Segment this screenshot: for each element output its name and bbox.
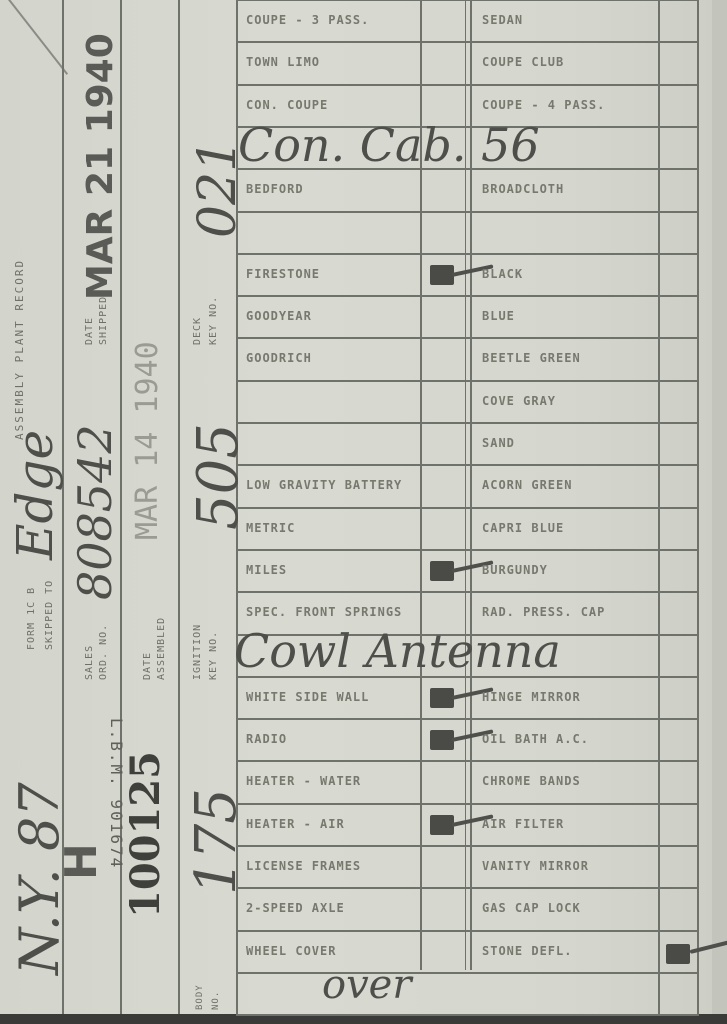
checkbox-cell[interactable]: [422, 424, 464, 464]
option-label-right: VANITY MIRROR: [482, 859, 589, 873]
extra-checkbox-cell[interactable]: [660, 255, 696, 295]
option-label-right: SAND: [482, 436, 515, 450]
check-mark-icon: [430, 561, 454, 581]
row-line: [236, 845, 699, 847]
checkbox-cell[interactable]: [422, 551, 464, 591]
option-label-left: GOODYEAR: [246, 309, 312, 323]
row-line: [236, 337, 699, 339]
deck-key-label-1: DECK: [192, 317, 204, 345]
row-line: [236, 84, 699, 86]
checkbox-cell[interactable]: [422, 1, 464, 41]
checkbox-cell[interactable]: [422, 297, 464, 337]
stamp-h: H: [56, 843, 107, 880]
option-label-left: 2-SPEED AXLE: [246, 901, 345, 915]
option-label-right: GAS CAP LOCK: [482, 901, 581, 915]
extra-checkbox-cell[interactable]: [660, 805, 696, 845]
check-mark-icon: [430, 688, 454, 708]
option-label-right: CAPRI BLUE: [482, 521, 564, 535]
checkbox-cell[interactable]: [422, 805, 464, 845]
option-label-right: ACORN GREEN: [482, 478, 572, 492]
row-line: [236, 972, 699, 974]
checkbox-cell[interactable]: [422, 382, 464, 422]
option-label-right: RAD. PRESS. CAP: [482, 605, 605, 619]
checkbox-cell[interactable]: [422, 720, 464, 760]
extra-checkbox-cell[interactable]: [660, 509, 696, 549]
body-no-label-2: NO.: [210, 991, 222, 1010]
row-line: [236, 422, 699, 424]
option-label-left: HEATER - WATER: [246, 774, 361, 788]
check-mark-icon: [666, 944, 690, 964]
extra-checkbox-cell[interactable]: [660, 636, 696, 676]
background-edge: [712, 0, 727, 1024]
date-assembled-label-2: ASSEMBLED: [156, 617, 168, 680]
extra-checkbox-cell[interactable]: [660, 86, 696, 126]
ignition-key-label-2: KEY NO.: [208, 631, 220, 680]
extra-checkbox-cell[interactable]: [660, 932, 696, 972]
option-label-left: MILES: [246, 563, 287, 577]
extra-checkbox-cell[interactable]: [660, 128, 696, 168]
option-label-right: COUPE - 4 PASS.: [482, 98, 605, 112]
ignition-key-label-1: IGNITION: [192, 624, 204, 680]
checkbox-cell[interactable]: [422, 255, 464, 295]
checkbox-cell[interactable]: [422, 678, 464, 718]
option-label-left: METRIC: [246, 521, 295, 535]
option-label-left: FIRESTONE: [246, 267, 320, 281]
option-label-left: CON. COUPE: [246, 98, 328, 112]
checkbox-cell[interactable]: [422, 466, 464, 506]
option-label-left: GOODRICH: [246, 351, 312, 365]
checkbox-cell[interactable]: [422, 932, 464, 972]
handwritten-body-note: 175: [184, 788, 249, 895]
extra-checkbox-cell[interactable]: [660, 762, 696, 802]
option-label-right: AIR FILTER: [482, 817, 564, 831]
checkbox-cell[interactable]: [422, 974, 464, 1014]
extra-checkbox-cell[interactable]: [660, 593, 696, 633]
extra-checkbox-cell[interactable]: [660, 720, 696, 760]
row-line: [236, 591, 699, 593]
date-assembled-value: MAR 14 1940: [130, 341, 165, 540]
sales-order-value: 808542: [68, 424, 122, 600]
option-label-left: LICENSE FRAMES: [246, 859, 361, 873]
row-line: [236, 253, 699, 255]
extra-checkbox-cell[interactable]: [660, 43, 696, 83]
extra-checkbox-cell[interactable]: [660, 382, 696, 422]
checkbox-cell[interactable]: [422, 509, 464, 549]
row-line: [236, 887, 699, 889]
extra-checkbox-cell[interactable]: [660, 974, 696, 1014]
row-line: [236, 930, 699, 932]
row-line: [236, 380, 699, 382]
row-line: [236, 549, 699, 551]
date-shipped-label-1: DATE: [84, 317, 96, 345]
option-label-left: WHEEL COVER: [246, 944, 336, 958]
serial-number: 100125: [122, 751, 169, 918]
option-label-right: OIL BATH A.C.: [482, 732, 589, 746]
row-line: [236, 464, 699, 466]
extra-checkbox-cell[interactable]: [660, 678, 696, 718]
date-shipped-label-2: SHIPPED: [98, 296, 110, 345]
extra-checkbox-cell[interactable]: [660, 424, 696, 464]
row-line: [236, 41, 699, 43]
checkbox-cell[interactable]: [422, 43, 464, 83]
option-label-left: RADIO: [246, 732, 287, 746]
option-label-left: BEDFORD: [246, 182, 304, 196]
extra-checkbox-cell[interactable]: [660, 297, 696, 337]
sales-order-label-2: ORD. NO.: [98, 624, 110, 680]
lbm-number: L.B.M. 901674: [110, 718, 122, 869]
option-label-right: BURGUNDY: [482, 563, 548, 577]
option-label-left: TOWN LIMO: [246, 55, 320, 69]
ignition-key-value: 505: [186, 423, 251, 530]
checkbox-cell[interactable]: [422, 170, 464, 210]
checkbox-cell[interactable]: [422, 847, 464, 887]
form-label-line1: FORM 1C B: [26, 587, 38, 650]
extra-checkbox-cell[interactable]: [660, 466, 696, 506]
option-label-right: COUPE CLUB: [482, 55, 564, 69]
check-mark-icon: [430, 815, 454, 835]
checkbox-cell[interactable]: [422, 213, 464, 253]
option-label-right: BROADCLOTH: [482, 182, 564, 196]
check-mark-icon: [430, 265, 454, 285]
option-label-left: COUPE - 3 PASS.: [246, 13, 369, 27]
row-line: [236, 295, 699, 297]
option-label-right: HINGE MIRROR: [482, 690, 581, 704]
row-line: [236, 1014, 699, 1016]
extra-checkbox-cell[interactable]: [660, 889, 696, 929]
handwritten-note-conv-cab: Con. Cab. 56: [238, 118, 540, 172]
option-label-left: SPEC. FRONT SPRINGS: [246, 605, 402, 619]
option-label-right: BEETLE GREEN: [482, 351, 581, 365]
row-line: [236, 718, 699, 720]
option-label-right: BLACK: [482, 267, 523, 281]
option-label-left: WHITE SIDE WALL: [246, 690, 369, 704]
option-label-left: LOW GRAVITY BATTERY: [246, 478, 402, 492]
option-label-right: SEDAN: [482, 13, 523, 27]
option-label-right: STONE DEFL.: [482, 944, 572, 958]
row-line: [236, 211, 699, 213]
document-title: ASSEMBLY PLANT RECORD: [14, 259, 26, 440]
extra-checkbox-cell[interactable]: [660, 847, 696, 887]
extra-checkbox-cell[interactable]: [660, 551, 696, 591]
form-label-line2: SKIPPED TO: [44, 580, 56, 650]
extra-checkbox-cell[interactable]: [660, 339, 696, 379]
extra-checkbox-cell[interactable]: [660, 170, 696, 210]
checkbox-cell[interactable]: [422, 889, 464, 929]
left-column-divider-3: [178, 0, 180, 1014]
handwritten-note-cowl-antenna: Cowl Antenna: [234, 624, 561, 678]
deck-key-label-2: KEY NO.: [208, 296, 220, 345]
extra-checkbox-cell[interactable]: [660, 1, 696, 41]
sales-order-label-1: SALES: [84, 645, 96, 680]
deck-key-value: 021: [188, 139, 248, 238]
row-line: [236, 803, 699, 805]
option-label-right: CHROME BANDS: [482, 774, 581, 788]
row-line: [236, 0, 699, 1]
option-label-left: HEATER - AIR: [246, 817, 345, 831]
option-label-right: COVE GRAY: [482, 394, 556, 408]
option-label-right: BLUE: [482, 309, 515, 323]
date-shipped-value: MAR 21 1940: [80, 33, 121, 300]
row-line: [236, 760, 699, 762]
date-assembled-label-1: DATE: [142, 652, 154, 680]
checkbox-cell[interactable]: [422, 339, 464, 379]
handwritten-signature: Edge: [6, 430, 64, 560]
check-mark-icon: [430, 730, 454, 750]
handwritten-note-over: over: [322, 962, 411, 1008]
body-no-label-1: BODY: [194, 984, 206, 1010]
row-line: [236, 507, 699, 509]
extra-checkbox-cell[interactable]: [660, 213, 696, 253]
checkbox-cell[interactable]: [422, 762, 464, 802]
